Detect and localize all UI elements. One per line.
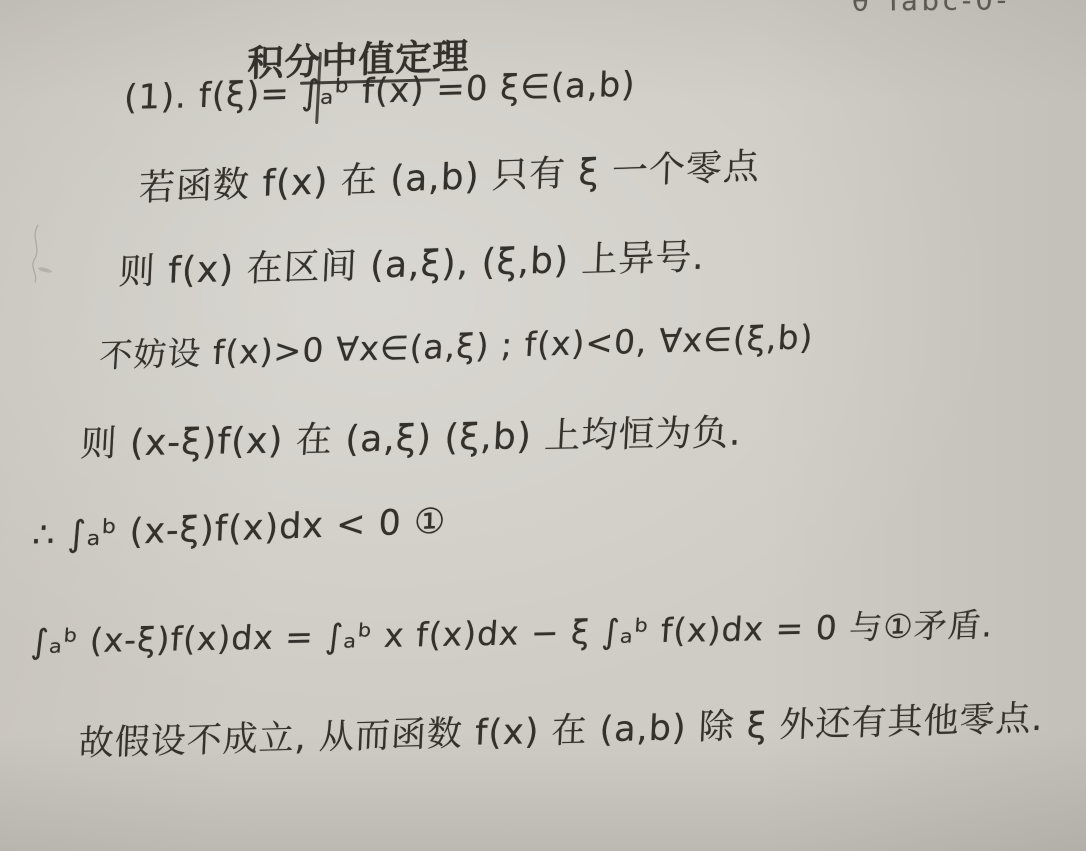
handwritten-line-5: 则 (x-ξ)f(x) 在 (a,ξ) (ξ,b) 上均恒为负.: [79, 404, 743, 467]
handwritten-line-3: 则 f(x) 在区间 (a,ξ), (ξ,b) 上异号.: [118, 229, 706, 295]
handwritten-line-2: 若函数 f(x) 在 (a,b) 只有 ξ 一个零点: [138, 138, 761, 211]
handwritten-line-1: (1). f(ξ)= ∫ₐᵇ f(x) =0 ξ∈(a,b): [123, 65, 636, 118]
handwritten-line-6: ∴ ∫ₐᵇ (x-ξ)f(x)dx < 0 ①: [32, 502, 447, 557]
handwritten-line-7: ∫ₐᵇ (x-ξ)f(x)dx = ∫ₐᵇ x f(x)dx − ξ ∫ₐᵇ f…: [30, 599, 995, 663]
handwritten-line-8: 故假设不成立, 从而函数 f(x) 在 (a,b) 除 ξ 外还有其他零点.: [78, 691, 1045, 766]
handwritten-line-4: 不妨设 f(x)>0 ∀x∈(a,ξ) ; f(x)<0, ∀x∈(ξ,b): [98, 311, 815, 377]
paper-fiber-hair: [8, 220, 68, 290]
notebook-paper-photo: θ Tabc-0- 积分中值定理 (1). f(ξ)= ∫ₐᵇ f(x) =0 …: [0, 0, 1086, 851]
cut-off-handwriting-fragment: θ Tabc-0-: [852, 0, 1011, 18]
